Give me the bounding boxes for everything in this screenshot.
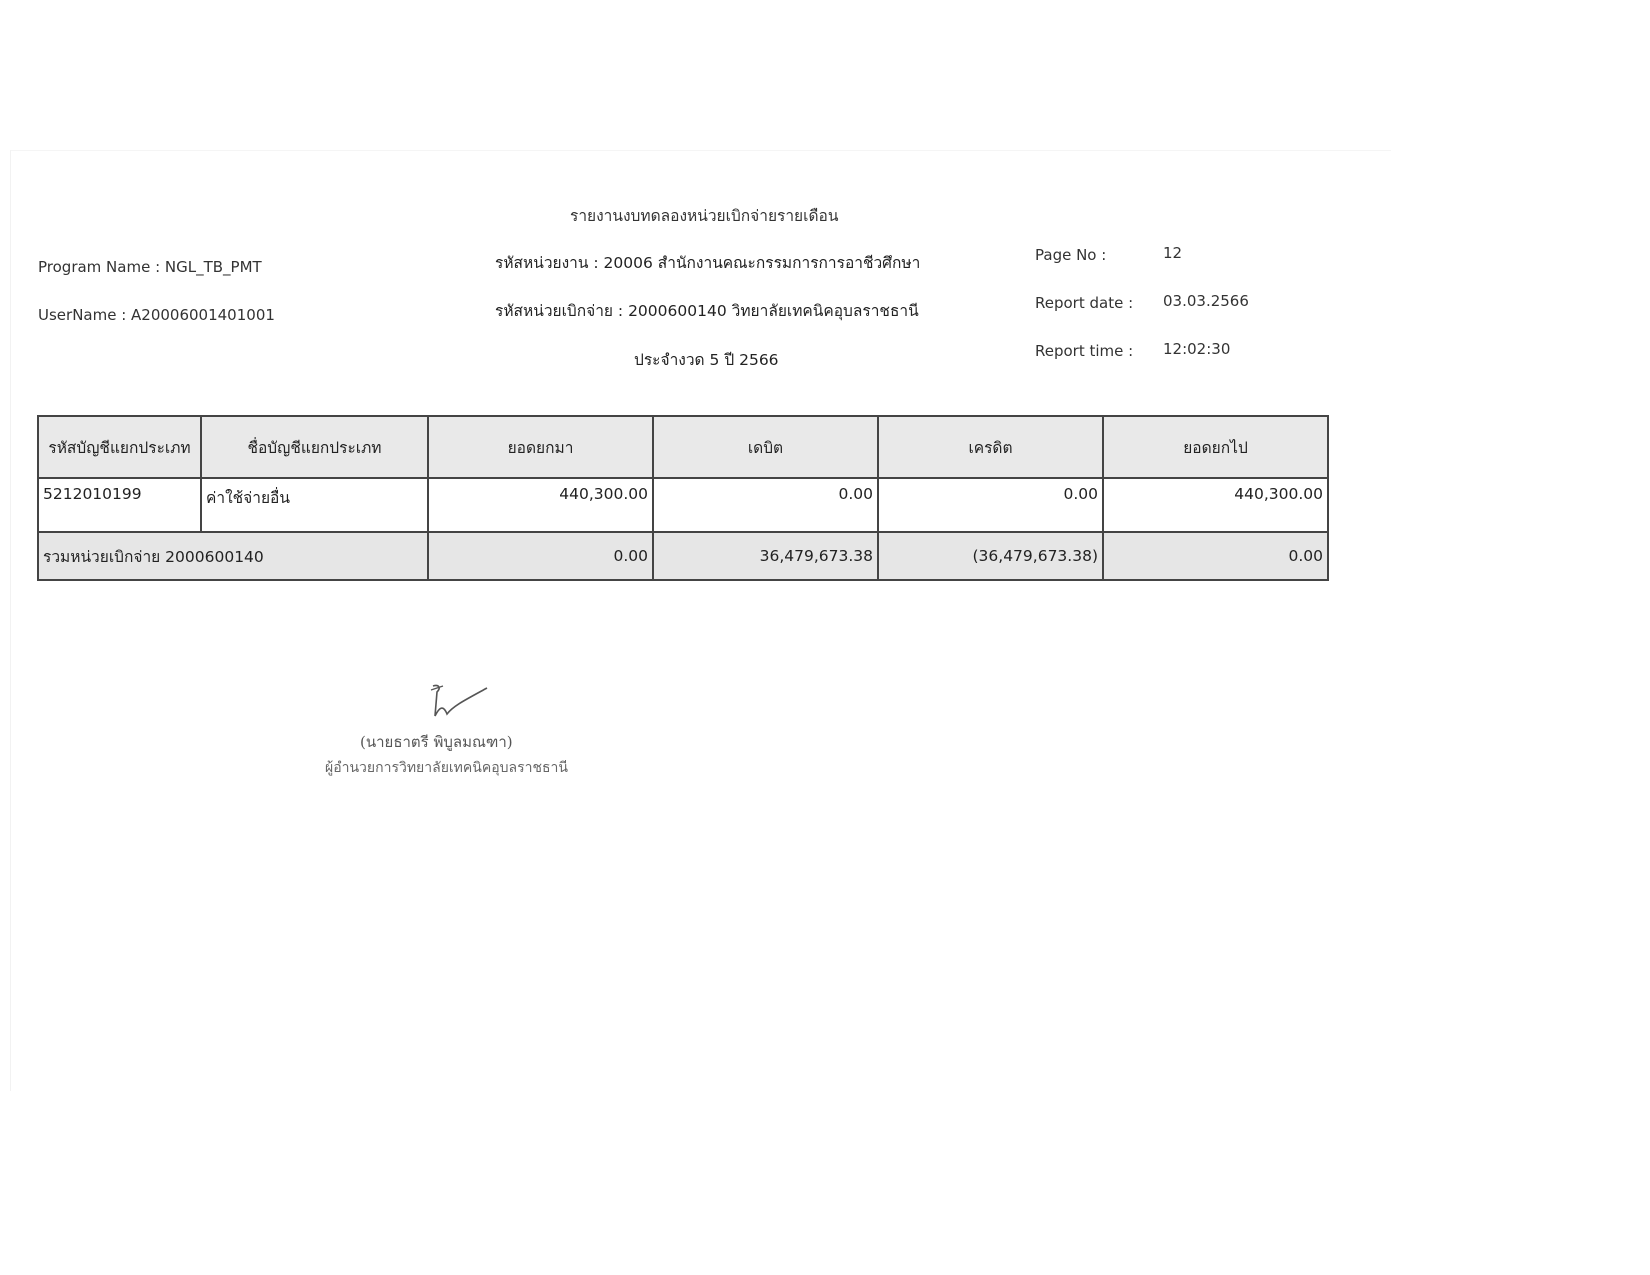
period: ประจำงวด 5 ปี 2566 [634,347,779,372]
report-date: 03.03.2566 [1163,292,1249,310]
report-time-label: Report time : [1035,342,1133,360]
report-time: 12:02:30 [1163,340,1230,358]
total-brought-forward: 0.00 [428,532,653,580]
header-carried-forward: ยอดยกไป [1103,416,1328,478]
cell-debit: 0.00 [653,478,878,532]
report-date-label: Report date : [1035,294,1133,312]
total-label: รวมหน่วยเบิกจ่าย 2000600140 [38,532,428,580]
total-credit: (36,479,673.38) [878,532,1103,580]
disbursing-unit: รหัสหน่วยเบิกจ่าย : 2000600140 วิทยาลัยเ… [495,298,919,323]
total-debit: 36,479,673.38 [653,532,878,580]
page-no-label: Page No : [1035,246,1106,264]
signature-mark [425,680,495,725]
program-name: Program Name : NGL_TB_PMT [38,258,262,276]
header-account-name: ชื่อบัญชีแยกประเภท [201,416,428,478]
cell-carried-forward: 440,300.00 [1103,478,1328,532]
header-brought-forward: ยอดยกมา [428,416,653,478]
table-header-row: รหัสบัญชีแยกประเภท ชื่อบัญชีแยกประเภท ยอ… [38,416,1328,478]
cell-account-name: ค่าใช้จ่ายอื่น [201,478,428,532]
header-account-code: รหัสบัญชีแยกประเภท [38,416,201,478]
header-credit: เครดิต [878,416,1103,478]
cell-account-code: 5212010199 [38,478,201,532]
page-no: 12 [1163,244,1182,262]
total-row: รวมหน่วยเบิกจ่าย 2000600140 0.00 36,479,… [38,532,1328,580]
cell-brought-forward: 440,300.00 [428,478,653,532]
header-debit: เดบิต [653,416,878,478]
trial-balance-table: รหัสบัญชีแยกประเภท ชื่อบัญชีแยกประเภท ยอ… [37,415,1329,581]
signatory-name: (นายธาตรี พิบูลมณฑา) [360,730,513,754]
total-carried-forward: 0.00 [1103,532,1328,580]
agency: รหัสหน่วยงาน : 20006 สำนักงานคณะกรรมการก… [495,250,920,275]
table-row: 5212010199 ค่าใช้จ่ายอื่น 440,300.00 0.0… [38,478,1328,532]
report-title: รายงานงบทดลองหน่วยเบิกจ่ายรายเดือน [570,203,838,228]
signatory-position: ผู้อำนวยการวิทยาลัยเทคนิคอุบลราชธานี [325,757,568,779]
cell-credit: 0.00 [878,478,1103,532]
user-name: UserName : A20006001401001 [38,306,275,324]
